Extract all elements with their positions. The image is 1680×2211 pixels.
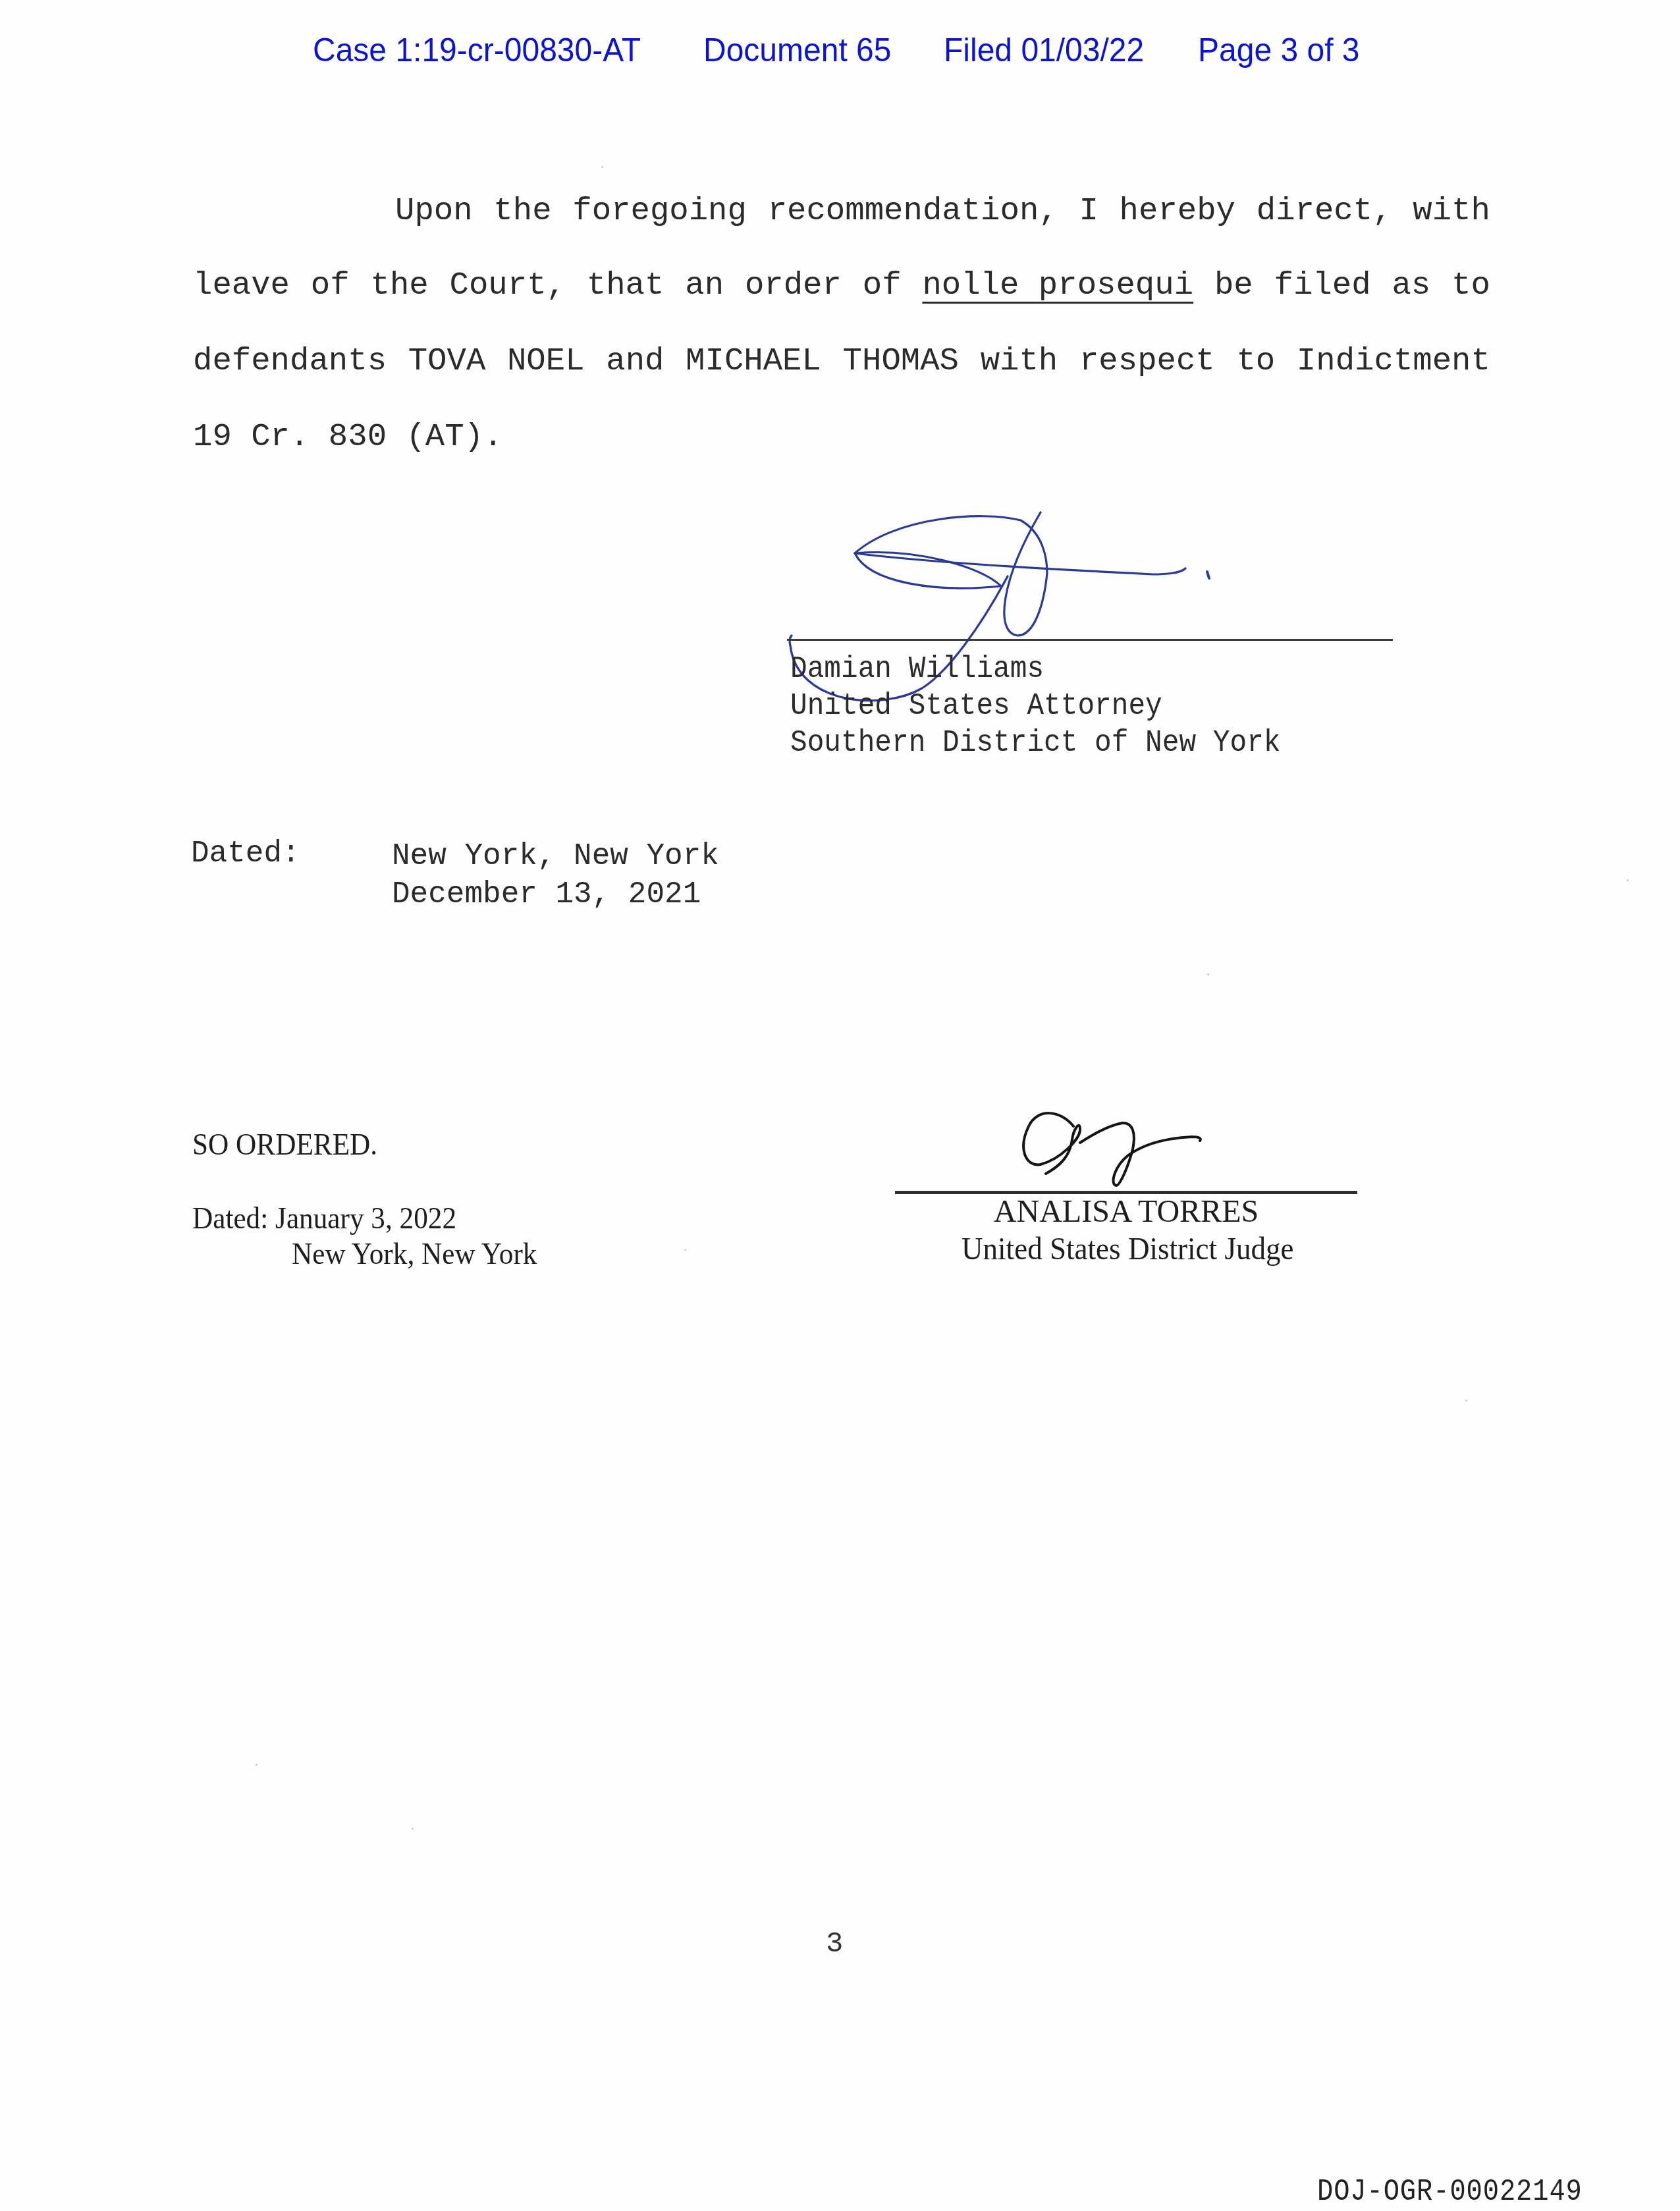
page-number: 3 bbox=[826, 1926, 843, 1963]
order-dated: Dated: January 3, 2022 bbox=[192, 1200, 456, 1237]
order-place: New York, New York bbox=[292, 1236, 537, 1272]
underlined-legal-term: nolle prosequi bbox=[922, 265, 1193, 305]
word: Court, bbox=[450, 265, 566, 305]
case-number: Case 1:19-cr-00830-AT bbox=[313, 29, 641, 71]
document-number: Document 65 bbox=[703, 29, 891, 71]
dated-date: December 13, 2021 bbox=[392, 876, 701, 913]
word: the bbox=[493, 191, 551, 231]
word: MICHAEL bbox=[686, 341, 821, 381]
judge-title: United States District Judge bbox=[962, 1230, 1294, 1267]
prosecutor-title: United States Attorney bbox=[790, 688, 1162, 724]
word: with bbox=[981, 341, 1058, 381]
prosecutor-name: Damian Williams bbox=[790, 651, 1044, 688]
word: of bbox=[311, 265, 350, 305]
word: THOMAS bbox=[843, 341, 959, 381]
word: TOVA bbox=[408, 341, 486, 381]
word: respect bbox=[1079, 341, 1215, 381]
dated-label: Dated: bbox=[191, 835, 300, 872]
paragraph-line: leaveoftheCourt,thatanorderofnolle prose… bbox=[193, 265, 1490, 305]
so-ordered: SO ORDERED. bbox=[192, 1126, 377, 1163]
word: defendants bbox=[193, 341, 387, 381]
document-page: Case 1:19-cr-00830-AT Document 65 Filed … bbox=[0, 0, 1680, 2211]
word: I bbox=[1079, 191, 1098, 231]
word: order bbox=[745, 265, 842, 305]
word: filed bbox=[1274, 265, 1371, 305]
word: to bbox=[1451, 265, 1490, 305]
paragraph-line: Upontheforegoingrecommendation,Iherebydi… bbox=[395, 191, 1490, 231]
word: NOEL bbox=[507, 341, 585, 381]
word: be bbox=[1214, 265, 1253, 305]
word: of bbox=[863, 265, 902, 305]
word: recommendation, bbox=[768, 191, 1058, 231]
word: and bbox=[606, 341, 664, 381]
word: the bbox=[371, 265, 429, 305]
handwritten-signature-icon bbox=[882, 1093, 1376, 1199]
word: to bbox=[1236, 341, 1275, 381]
dated-place: New York, New York bbox=[392, 838, 719, 875]
filed-date: Filed 01/03/22 bbox=[944, 29, 1144, 71]
word: with bbox=[1413, 191, 1490, 231]
word: leave bbox=[193, 265, 290, 305]
word: Indictment bbox=[1297, 341, 1490, 381]
paragraph-line: defendantsTOVANOELandMICHAELTHOMASwithre… bbox=[193, 341, 1490, 381]
bates-number: DOJ-OGR-00022149 bbox=[1317, 2173, 1583, 2210]
judge-name: ANALISA TORRES bbox=[895, 1193, 1357, 1230]
word: an bbox=[685, 265, 724, 305]
prosecutor-office: Southern District of New York bbox=[790, 724, 1280, 761]
word: hereby bbox=[1120, 191, 1235, 231]
signature-line bbox=[787, 639, 1393, 641]
paragraph-line: 19 Cr. 830 (AT). bbox=[193, 417, 1490, 456]
word: as bbox=[1392, 265, 1430, 305]
ecf-filing-header: Case 1:19-cr-00830-AT Document 65 Filed … bbox=[0, 29, 1680, 71]
word: Upon bbox=[395, 191, 473, 231]
page-count: Page 3 of 3 bbox=[1198, 29, 1360, 71]
word: direct, bbox=[1257, 191, 1392, 231]
word: foregoing bbox=[572, 191, 747, 231]
word: that bbox=[587, 265, 664, 305]
